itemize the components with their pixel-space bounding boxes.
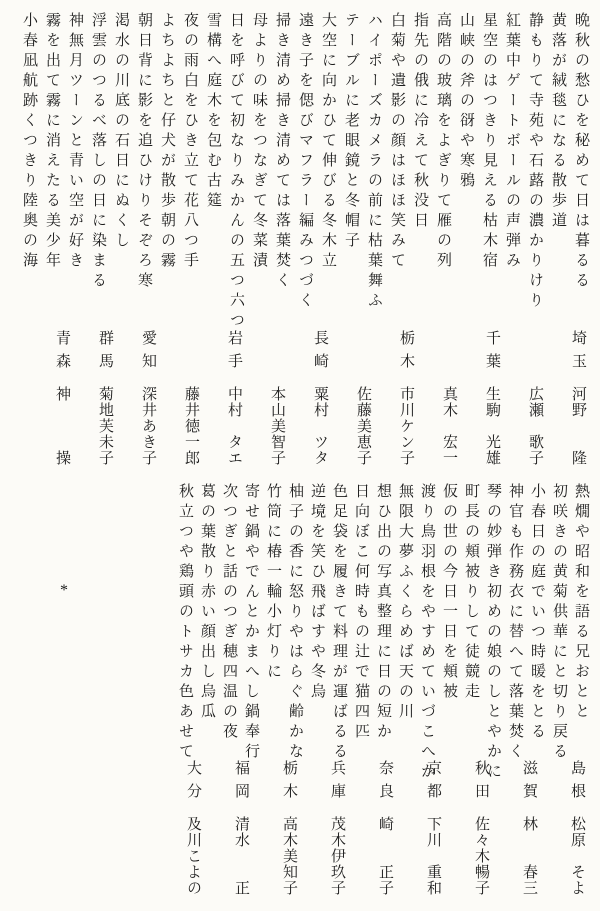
poem-column: 熱燗や昭和を語る兄おとと [573, 483, 588, 803]
poem-column: 神官も作務衣に替へて落葉焚く [507, 483, 522, 803]
poem-column: 想ひ出の写真整理に日の短か [375, 483, 390, 803]
author-name: 広瀬 歌子 [527, 386, 543, 466]
bottom-authors-block: 島根松原 そよ 滋賀林 春三 秋田佐々木暢子 京都下川 重和 奈良崎 正子 兵庫… [152, 760, 584, 911]
poem-column: 逆境を笑ひ飛ばすや冬烏 [309, 483, 324, 803]
poem-column: 朝日背に影を追ひけりそぞろ寒 [136, 12, 151, 342]
author-column: 本山美智子 [269, 330, 284, 496]
author-column: 大分及川こよの [185, 760, 200, 911]
poem-column: 掃き清め掃き清めては落葉焚く [274, 12, 289, 342]
author-column: 千葉生駒 光雄 [484, 330, 499, 496]
author-name: 市川ケン子 [398, 386, 414, 466]
author-column: 長崎粟村 ツタ [312, 330, 327, 496]
author-column: 栃木市川ケン子 [398, 330, 413, 496]
poem-column: 渡り鳥羽根をやすめていづこへか [419, 483, 434, 803]
author-column: 福岡清水 正 [233, 760, 248, 911]
poem-column: 黄落が絨毯になる散歩道 [550, 12, 565, 342]
author-name: 林 春三 [521, 816, 537, 896]
poem-column: 白菊や遺影の顔はほほ笑みて [389, 12, 404, 342]
poem-column: 指先の俄に冷えて秋没日 [412, 12, 427, 342]
author-name: 崎 正子 [377, 816, 393, 896]
author-column: 栃木高木美知子 [281, 760, 296, 911]
author-name: 菊地芙未子 [97, 386, 113, 466]
author-column: 藤井徳一郎 [183, 330, 198, 496]
prefecture-label: 福岡 [233, 760, 249, 806]
poem-column: 渇水の川底の石日にぬくし [113, 12, 128, 342]
poem-column: 静もりて寺苑や石蕗の濃かりけり [527, 12, 542, 342]
author-name: 高木美知子 [281, 816, 297, 896]
prefecture-label: 青森 [54, 330, 70, 376]
poem-column: 次つぎと話のつぎ穂四温の夜 [221, 483, 236, 803]
author-column: 岩手中村 タエ [226, 330, 241, 496]
poem-column: 雪構へ庭木を包む古筵 [205, 12, 220, 342]
prefecture-label: 奈良 [377, 760, 393, 806]
poem-column: 大空に向かひて伸びる冬木立 [320, 12, 335, 342]
poem-column: 色足袋を履きて料理が運ばるる [331, 483, 346, 803]
prefecture-label: 秋田 [473, 760, 489, 806]
author-column: 秋田佐々木暢子 [473, 760, 488, 911]
author-column: 愛知深井あき子 [140, 330, 155, 496]
prefecture-label: 埼玉 [570, 330, 586, 376]
poem-column: 日向ぼこ何時もの辻で猫四匹 [353, 483, 368, 803]
poem-column: 山峡の斧の谺や寒鴉 [458, 12, 473, 342]
prefecture-label: 大分 [185, 760, 201, 806]
poem-column: 柚子の香に怒りやはらぐ齢かな [287, 483, 302, 803]
author-column: 広瀬 歌子 [527, 330, 542, 496]
prefecture-label: 島根 [569, 760, 585, 806]
poem-column: 夜の雨白をひき立て花八つ手 [182, 12, 197, 342]
prefecture-label: 栃木 [398, 330, 414, 376]
poem-column: ハイポーズカメラの前に枯葉舞ふ [366, 12, 381, 342]
author-name: 粟村 ツタ [312, 386, 328, 466]
top-poems-block: 晩秋の愁ひを秘めて日は暮るる 黄落が絨毯になる散歩道 静もりて寺苑や石蕗の濃かり… [13, 12, 588, 342]
author-name: 及川こよの [185, 816, 201, 896]
poem-column: 晩秋の愁ひを秘めて日は暮るる [573, 12, 588, 342]
poem-column: 琴の妙弾き初めの娘のしとやかに [485, 483, 500, 803]
poem-column: よちよちと仔犬が散歩朝の霧 [159, 12, 174, 342]
prefecture-label: 岩手 [226, 330, 242, 376]
poem-column: 寄せ鍋やでんとかまへし鍋奉行 [243, 483, 258, 803]
poem-column: テーブルに老眼鏡と冬帽子 [343, 12, 358, 342]
author-name: 河野 隆 [570, 386, 586, 466]
author-column: 奈良崎 正子 [377, 760, 392, 911]
poem-column: 無限大夢ふくらめば天の川 [397, 483, 412, 803]
author-column: 埼玉河野 隆 [570, 330, 585, 496]
author-column: 兵庫茂木伊玖子 [329, 760, 344, 911]
author-column: 滋賀林 春三 [521, 760, 536, 911]
author-column: 京都下川 重和 [425, 760, 440, 911]
document-page: 晩秋の愁ひを秘めて日は暮るる 黄落が絨毯になる散歩道 静もりて寺苑や石蕗の濃かり… [0, 0, 600, 911]
poem-column: 浮雲のつるべ落しの日に染まる [90, 12, 105, 342]
author-name: 茂木伊玖子 [329, 816, 345, 896]
author-column: 群馬菊地芙未子 [97, 330, 112, 496]
bottom-poems-block: 熱燗や昭和を語る兄おとと 初咲きの黄菊供華にと切り戻る 小春日の庭でいつ時暖をと… [170, 483, 588, 803]
poem-column: 星空のはつきり見える枯木宿 [481, 12, 496, 342]
prefecture-label: 滋賀 [521, 760, 537, 806]
prefecture-label: 栃木 [281, 760, 297, 806]
poem-column: 竹筒に椿一輪小灯りに [265, 483, 280, 803]
author-name: 佐藤美恵子 [355, 386, 371, 466]
poem-column: 町長の頬被りして徒競走 [463, 483, 478, 803]
poem-column: 日を呼びて初なりみかんの五つ六つ [228, 12, 243, 342]
prefecture-label: 愛知 [140, 330, 156, 376]
author-name: 深井あき子 [140, 386, 156, 466]
poem-column: 霧を出て霧に消えたる美少年 [44, 12, 59, 342]
author-name: 本山美智子 [269, 386, 285, 466]
section-marker: * [60, 583, 68, 599]
author-column: 真木 宏一 [441, 330, 456, 496]
poem-column: 秋立つや鶏頭のトサカ色あせて [177, 483, 192, 803]
author-name: 佐々木暢子 [473, 816, 489, 896]
author-name: 松原 そよ [569, 816, 585, 896]
author-column: 青森神 操 [54, 330, 69, 496]
poem-column: 神無月ツーンと青い空が好き [67, 12, 82, 342]
author-name: 中村 タエ [226, 386, 242, 466]
author-name: 神 操 [54, 386, 70, 466]
author-column: 島根松原 そよ [569, 760, 584, 911]
poem-column: 葛の葉散り赤い顔出し烏瓜 [199, 483, 214, 803]
author-column: 佐藤美恵子 [355, 330, 370, 496]
top-authors-block: 埼玉河野 隆 広瀬 歌子 千葉生駒 光雄 真木 宏一 栃木市川ケン子 佐藤美恵子… [26, 330, 585, 496]
prefecture-label: 群馬 [97, 330, 113, 376]
author-name: 藤井徳一郎 [183, 386, 199, 466]
poem-column: 初咲きの黄菊供華にと切り戻る [551, 483, 566, 803]
poem-column: 高階の玻璃をよぎりて雁の列 [435, 12, 450, 342]
author-name: 清水 正 [233, 816, 249, 896]
poem-column: 遠き子を偲びマフラー編みつづく [297, 12, 312, 342]
prefecture-label: 千葉 [484, 330, 500, 376]
poem-column: 小春凪航跡くつきり陸奥の海 [21, 12, 36, 342]
author-name: 下川 重和 [425, 816, 441, 896]
author-name: 真木 宏一 [441, 386, 457, 466]
author-name: 生駒 光雄 [484, 386, 500, 466]
prefecture-label: 京都 [425, 760, 441, 806]
prefecture-label: 長崎 [312, 330, 328, 376]
poem-column: 紅葉中ゲートボールの声弾み [504, 12, 519, 342]
poem-column: 小春日の庭でいつ時暖をとる [529, 483, 544, 803]
poem-column: 仮の世の今日一日を頬被 [441, 483, 456, 803]
prefecture-label: 兵庫 [329, 760, 345, 806]
poem-column: 母よりの味をつなぎて冬菜漬 [251, 12, 266, 342]
